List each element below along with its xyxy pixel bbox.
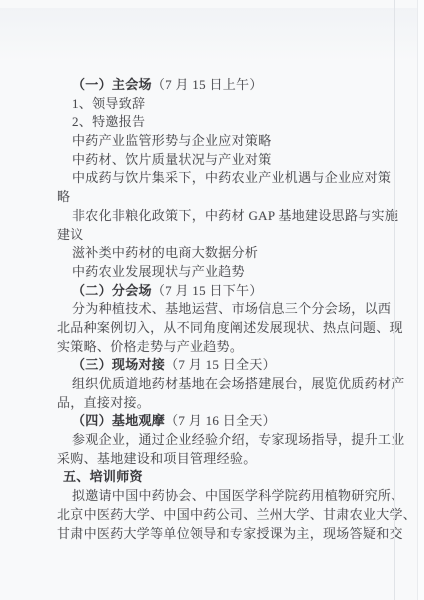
- body-text: 北京中医药大学、中国中药公司、兰州大学、甘肃农业大学、: [57, 507, 416, 522]
- body-text: 1、领导致辞: [72, 96, 145, 111]
- body-text: 甘肃中医药大学等单位领导和专家授课为主，现场答疑和交: [57, 526, 403, 541]
- section-title: 基地观摩: [112, 413, 165, 428]
- section-date: （7 月 15 日下午）: [152, 283, 263, 298]
- section-heading-4: （四）基地观摩（7 月 16 日全天）: [57, 412, 397, 431]
- body-text: 中成药与饮片集采下，中药农业产业机遇与企业应对策: [72, 170, 391, 185]
- section-number: （一）: [72, 77, 112, 92]
- section-title: 主会场: [112, 77, 152, 92]
- body-line: 中药产业监管形势与企业应对策略: [57, 132, 397, 151]
- body-text: 实策略、价格走势与产业趋势。: [57, 339, 243, 354]
- section-heading-3: （三）现场对接（7 月 15 日全天）: [57, 356, 397, 375]
- body-text: 组织优质道地药材基地在会场搭建展台，展览优质药材产: [72, 376, 405, 391]
- body-line: 甘肃中医药大学等单位领导和专家授课为主，现场答疑和交: [57, 525, 397, 544]
- scan-edge-line: [394, 0, 395, 600]
- body-line: 分为种植技术、基地运营、市场信息三个分会场，以西: [57, 300, 397, 319]
- body-line: 建议: [57, 226, 397, 245]
- body-line: 略: [57, 188, 397, 207]
- body-text: 建议: [57, 227, 84, 242]
- section-number: （二）: [72, 283, 112, 298]
- body-text: 2、特邀报告: [72, 114, 145, 129]
- body-line: 采购、基地建设和项目管理经验。: [57, 450, 397, 469]
- body-line: 滋补类中药材的电商大数据分析: [57, 244, 397, 263]
- section-heading-1: （一）主会场（7 月 15 日上午）: [57, 76, 397, 95]
- scan-shading-band: [0, 8, 424, 62]
- body-line: 参观企业，通过企业经验介绍，专家现场指导，提升工业: [57, 431, 397, 450]
- body-line: 品，直接对接。: [57, 394, 397, 413]
- section-date: （7 月 15 日全天）: [165, 357, 276, 372]
- body-line: 2、特邀报告: [57, 113, 397, 132]
- body-text: 中药材、饮片质量状况与产业对策: [72, 152, 272, 167]
- body-text: 滋补类中药材的电商大数据分析: [72, 245, 258, 260]
- body-text: 参观企业，通过企业经验介绍，专家现场指导，提升工业: [72, 432, 405, 447]
- body-line: 北京中医药大学、中国中药公司、兰州大学、甘肃农业大学、: [57, 506, 397, 525]
- body-line: 非农化非粮化政策下，中药材 GAP 基地建设思路与实施: [57, 207, 397, 226]
- body-text: 略: [57, 189, 70, 204]
- body-line: 北品种案例切入，从不同角度阐述发展现状、热点问题、现: [57, 319, 397, 338]
- body-text: 北品种案例切入，从不同角度阐述发展现状、热点问题、现: [57, 320, 403, 335]
- section-title: 分会场: [112, 283, 152, 298]
- body-text: 非农化非粮化政策下，中药材 GAP 基地建设思路与实施: [72, 208, 398, 223]
- body-line: 中成药与饮片集采下，中药农业产业机遇与企业应对策: [57, 169, 397, 188]
- body-text: 分为种植技术、基地运营、市场信息三个分会场，以西: [72, 301, 391, 316]
- section-title: 现场对接: [112, 357, 165, 372]
- body-text: 中药产业监管形势与企业应对策略: [72, 133, 272, 148]
- chapter-heading: 五、培训师资: [57, 468, 397, 487]
- body-text: 中药农业发展现状与产业趋势: [72, 264, 245, 279]
- scan-right-margin: [418, 0, 424, 600]
- body-line: 中药材、饮片质量状况与产业对策: [57, 151, 397, 170]
- body-line: 实策略、价格走势与产业趋势。: [57, 338, 397, 357]
- document-text-block: （一）主会场（7 月 15 日上午） 1、领导致辞 2、特邀报告 中药产业监管形…: [57, 76, 397, 543]
- body-line: 组织优质道地药材基地在会场搭建展台，展览优质药材产: [57, 375, 397, 394]
- section-date: （7 月 15 日上午）: [152, 77, 263, 92]
- document-page: （一）主会场（7 月 15 日上午） 1、领导致辞 2、特邀报告 中药产业监管形…: [0, 0, 424, 600]
- body-line: 拟邀请中国中药协会、中国医学科学院药用植物研究所、: [57, 487, 397, 506]
- section-heading-2: （二）分会场（7 月 15 日下午）: [57, 282, 397, 301]
- body-text: 采购、基地建设和项目管理经验。: [57, 451, 257, 466]
- chapter-heading-text: 五、培训师资: [63, 469, 143, 484]
- body-line: 1、领导致辞: [57, 95, 397, 114]
- section-date: （7 月 16 日全天）: [165, 413, 276, 428]
- body-line: 中药农业发展现状与产业趋势: [57, 263, 397, 282]
- section-number: （四）: [72, 413, 112, 428]
- section-number: （三）: [72, 357, 112, 372]
- body-text: 品，直接对接。: [57, 395, 150, 410]
- body-text: 拟邀请中国中药协会、中国医学科学院药用植物研究所、: [72, 488, 405, 503]
